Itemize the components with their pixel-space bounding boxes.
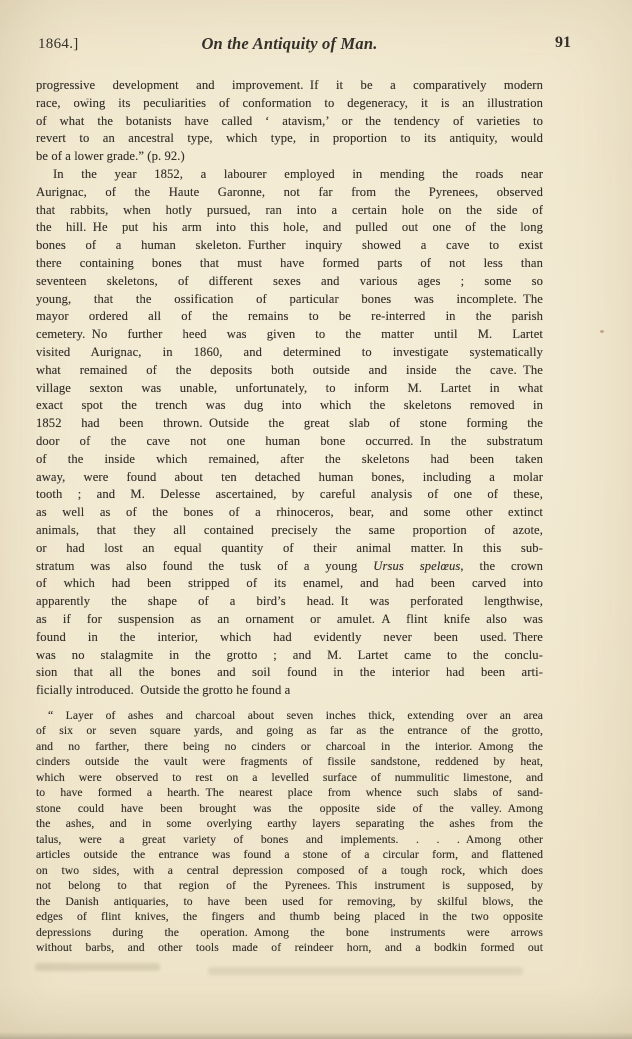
text-line: of which had been stripped of its enamel… — [36, 575, 543, 593]
text-line: was no stalagmite in the grotto ; and M.… — [36, 647, 543, 665]
text-line: mayor ordered all of the remains to be r… — [36, 308, 543, 326]
text-line: tooth ; and M. Delesse ascertained, by c… — [36, 486, 543, 504]
text-line: bones of a human skeleton. Further inqui… — [36, 237, 543, 255]
text-line: progressive development and improvement.… — [36, 77, 543, 95]
text-line: “ Layer of ashes and charcoal about seve… — [36, 708, 543, 724]
text-line: as if for suspension as an ornament or a… — [36, 611, 543, 629]
text-line: exact spot the trench was dug into which… — [36, 397, 543, 415]
text-line: which were observed to rest on a levelle… — [36, 770, 543, 786]
show-through-text-ghost — [35, 963, 160, 971]
page-bottom-shadow — [0, 1032, 632, 1039]
text-line: young, that the ossification of particul… — [36, 291, 543, 309]
text-line: that rabbits, when hotly pursued, ran in… — [36, 202, 543, 220]
paper-speck — [527, 563, 530, 565]
text-line: there containing bones that must have fo… — [36, 255, 543, 273]
text-segment: stratum was also found the tusk of a you… — [36, 559, 373, 573]
show-through-text-ghost — [208, 967, 523, 975]
text-line: door of the cave not one human bone occu… — [36, 433, 543, 451]
text-line: village sexton was unable, unfortunately… — [36, 380, 543, 398]
text-line: Aurignac, of the Haute Garonne, not far … — [36, 184, 543, 202]
text-line: ficially introduced. Outside the grotto … — [36, 682, 543, 700]
text-body: progressive development and improvement.… — [36, 77, 543, 956]
text-line: edges of flint knives, the fingers and t… — [36, 909, 543, 925]
text-line: revert to an ancestral type, which type,… — [36, 130, 543, 148]
paragraph: progressive development and improvement.… — [36, 77, 543, 166]
page-number: 91 — [555, 34, 571, 52]
text-line: animals, that they all contained precise… — [36, 522, 543, 540]
text-line: of the inside which remained, after the … — [36, 451, 543, 469]
text-line: articles outside the entrance was found … — [36, 847, 543, 863]
text-line: found in the interior, which had evident… — [36, 629, 543, 647]
text-line: visited Aurignac, in 1860, and determine… — [36, 344, 543, 362]
text-line: the Danish antiquaries, to have been use… — [36, 894, 543, 910]
text-line: talus, were a great variety of bones and… — [36, 832, 543, 848]
text-line: and no farther, there being no cinders o… — [36, 739, 543, 755]
paragraph: In the year 1852, a labourer employed in… — [36, 166, 543, 700]
paper-speck — [600, 330, 604, 333]
text-line: sion that all the bones and soil found i… — [36, 664, 543, 682]
paper-speck — [86, 98, 89, 100]
text-line: to have formed a hearth. The nearest pla… — [36, 785, 543, 801]
paragraph: “ Layer of ashes and charcoal about seve… — [36, 708, 543, 956]
text-line: of what the botanists have called ‘ atav… — [36, 113, 543, 131]
text-line: 1852 had been thrown. Outside the great … — [36, 415, 543, 433]
text-line: what remained of the deposits both outsi… — [36, 362, 543, 380]
text-line: without barbs, and other tools made of r… — [36, 940, 543, 956]
book-page-scan: 1864.] On the Antiquity of Man. 91 progr… — [0, 0, 632, 1039]
text-line: or had lost an equal quantity of their a… — [36, 540, 543, 558]
text-line: In the year 1852, a labourer employed in… — [36, 166, 543, 184]
text-line: of six or seven square yards, and going … — [36, 723, 543, 739]
text-line: stone could have been brought was the op… — [36, 801, 543, 817]
text-line: the hill. He put his arm into this hole,… — [36, 219, 543, 237]
text-line: away, were found about ten detached huma… — [36, 469, 543, 487]
page-title: On the Antiquity of Man. — [36, 34, 543, 54]
taxon-name-italic: Ursus spelœus — [373, 559, 460, 573]
text-line: cinders outside the vault were fragments… — [36, 754, 543, 770]
text-line: the ashes, and in some overlying earthy … — [36, 816, 543, 832]
text-line: on two sides, with a central depression … — [36, 863, 543, 879]
text-line: race, owing its peculiarities of conform… — [36, 95, 543, 113]
text-segment: , the crown — [460, 559, 543, 573]
page-header: 1864.] On the Antiquity of Man. 91 — [36, 34, 543, 58]
text-line: apparently the shape of a bird’s head. I… — [36, 593, 543, 611]
text-line: depressions during the operation. Among … — [36, 925, 543, 941]
text-line: be of a lower grade.” (p. 92.) — [36, 148, 543, 166]
text-line: seventeen skeletons, of different sexes … — [36, 273, 543, 291]
text-line: cemetery. No further heed was given to t… — [36, 326, 543, 344]
text-line: stratum was also found the tusk of a you… — [36, 558, 543, 576]
text-line: as well as of the bones of a rhinoceros,… — [36, 504, 543, 522]
text-line: not belong to that region of the Pyrenee… — [36, 878, 543, 894]
